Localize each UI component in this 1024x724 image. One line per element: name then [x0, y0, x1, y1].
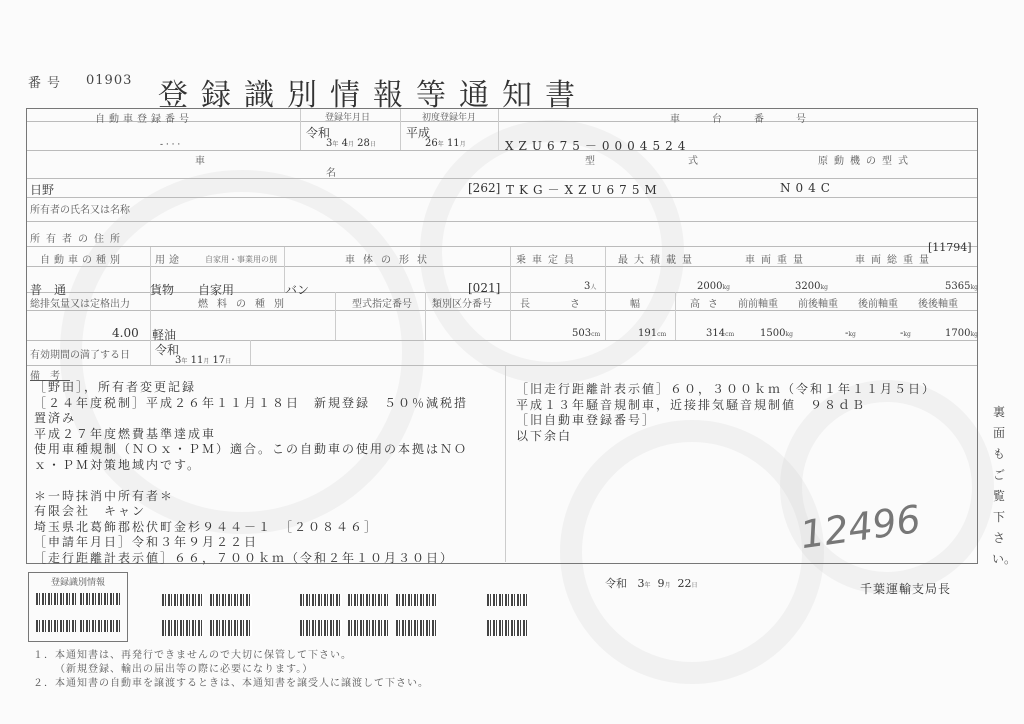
reg-date-label: 登録年月日 — [325, 110, 370, 123]
category-number-label: 類別区分番号 — [432, 295, 492, 310]
remarks-left: ［野田］，所有者変更記録 ［２４年度税制］平成２６年１１月１８日 新規登録 ５０… — [34, 380, 468, 566]
model-label-2: 式 — [688, 152, 702, 167]
engine-label: 原動機の型式 — [818, 152, 914, 167]
remark-line: ［申請年月日］令和３年９月２２日 — [34, 535, 468, 551]
qr-code-icon — [80, 593, 120, 605]
table-rule — [498, 109, 499, 150]
width-label: 幅 — [630, 295, 644, 310]
remark-line: 平成１３年騒音規制車，近接排気騒音規制値 ９８ｄＢ — [516, 398, 936, 414]
ff-axle-label: 前前軸重 — [738, 295, 778, 310]
fr-axle-label: 前後軸重 — [798, 295, 838, 310]
vehicle-weight-label: 車両重量 — [745, 251, 809, 266]
number-value: 01903 — [86, 73, 132, 88]
reg-date: 3年 4月 28日 — [326, 138, 376, 149]
table-rule — [425, 292, 426, 340]
table-rule — [505, 366, 506, 562]
type-designation-label: 型式指定番号 — [352, 295, 412, 310]
length-value: 503cm — [572, 328, 600, 339]
remark-line: 以下余白 — [516, 429, 936, 445]
qr-code-icon — [300, 594, 342, 606]
table-rule — [675, 292, 676, 340]
qr-code-icon — [396, 594, 438, 606]
issue-date: 令和 3年 9月 22日 — [605, 575, 698, 591]
qr-code-icon — [210, 594, 252, 606]
gross-weight-label: 車両総重量 — [855, 251, 935, 266]
private-label: 自家用・事業用の別 — [205, 254, 277, 265]
ff-axle-value: 1500kg — [760, 328, 793, 339]
table-rule — [27, 150, 977, 151]
remark-line: 平成２７年度燃費基準達成車 — [34, 427, 468, 443]
rr-axle-label: 後後軸重 — [918, 295, 958, 310]
table-rule — [27, 310, 977, 311]
qr-code-icon — [300, 620, 342, 636]
note-1: １．本通知書は、再発行できませんので大切に保管して下さい。 — [33, 646, 352, 661]
vehicle-type-label: 自動車の種別 — [40, 251, 124, 266]
remark-line: ｘ・ＰＭ対策地域内です。 — [34, 458, 468, 474]
see-reverse-note: 裏面もご覧下さい。 — [992, 402, 1006, 570]
vehicle-name-value: 日野 — [30, 181, 54, 198]
remark-line: ［走行距離計表示値］６６，７００ｋｍ（令和２年１０月３０日） — [34, 551, 468, 567]
qr-code-icon — [396, 620, 438, 636]
number-label: 番号 — [28, 72, 66, 91]
engine-value: N04C — [780, 181, 835, 195]
remark-line: ［旧走行距離計表示値］６０，３００ｋｍ（令和１年１１月５日） — [516, 382, 936, 398]
rf-axle-label: 後前軸重 — [858, 295, 898, 310]
max-load-value: 2000kg — [697, 281, 730, 292]
max-load-label: 最大積載量 — [618, 251, 698, 266]
qr-code-icon — [36, 620, 76, 632]
remark-line: 埼玉県北葛飾郡松伏町金杉９４４－１ ［２０８４６］ — [34, 520, 468, 536]
displacement-value: 4.00 — [112, 326, 139, 340]
table-rule — [605, 247, 606, 340]
table-rule — [27, 221, 977, 222]
table-rule — [250, 340, 251, 365]
remark-line: 置済み — [34, 411, 468, 427]
table-rule — [400, 109, 401, 150]
height-value: 314cm — [706, 328, 734, 339]
qr-code-icon — [487, 620, 529, 636]
owner-address-label: 所有者の住所 — [30, 230, 126, 245]
height-label: 高さ — [690, 295, 726, 310]
table-rule — [510, 247, 511, 340]
remark-line: ［旧自動車登録番号］ — [516, 413, 936, 429]
table-rule — [150, 247, 151, 365]
vehicle-name-label-1: 車 — [195, 152, 209, 167]
note-2: ２．本通知書の自動車を譲渡するときは、本通知書を譲受人に譲渡して下さい。 — [33, 674, 429, 689]
table-rule — [27, 266, 977, 267]
remarks-right: ［旧走行距離計表示値］６０，３００ｋｍ（令和１年１１月５日） 平成１３年騒音規制… — [516, 382, 936, 444]
expiry-date: 3年 11月 17日 — [175, 355, 231, 366]
qr-box-label: 登録識別情報 — [29, 575, 127, 588]
use-label: 用途 — [155, 251, 183, 266]
table-rule — [27, 365, 977, 366]
reg-number-value: - · · · — [160, 140, 180, 150]
first-reg-date: 26年 11月 — [425, 138, 466, 149]
length-label: 長さ — [520, 295, 620, 310]
model-code: [262] — [468, 181, 500, 195]
qr-code-icon — [348, 620, 390, 636]
table-rule — [335, 292, 336, 340]
table-rule — [27, 178, 977, 179]
qr-code-icon — [487, 594, 529, 606]
model-label-1: 型 — [585, 152, 599, 167]
body-code: [021] — [468, 281, 500, 295]
qr-code-icon — [162, 620, 204, 636]
vehicle-weight-value: 3200kg — [795, 281, 828, 292]
remark-line: 有限会社 キャン — [34, 504, 468, 520]
gross-weight-value: 5365kg — [945, 281, 978, 292]
remark-line: ［野田］，所有者変更記録 — [34, 380, 468, 396]
chassis-label: 車台番号 — [670, 110, 838, 125]
qr-code-icon — [36, 593, 76, 605]
width-value: 191cm — [638, 328, 666, 339]
use-value: 貨物 — [150, 281, 174, 298]
rf-axle-value: -kg — [900, 328, 911, 339]
fuel-type-label: 燃料の種別 — [198, 295, 293, 310]
model-value: TKG－XZU675M — [506, 181, 662, 198]
remark-line: 使用車種規制（ＮＯｘ・ＰＭ）適合。この自動車の使用の本拠はＮＯ — [34, 442, 468, 458]
table-rule — [300, 109, 301, 150]
owner-name-label: 所有者の氏名又は名称 — [30, 201, 130, 216]
remark-line: ［２４年度税制］平成２６年１１月１８日 新規登録 ５０％減税措 — [34, 396, 468, 412]
displacement-label: 総排気量又は定格出力 — [30, 295, 130, 310]
fr-axle-value: -kg — [845, 328, 856, 339]
table-rule — [27, 197, 977, 198]
qr-code-icon — [80, 620, 120, 632]
remark-line: ＊一時抹消中所有者＊ — [34, 489, 468, 505]
first-reg-label: 初度登録年月 — [422, 110, 476, 123]
qr-code-icon — [348, 594, 390, 606]
table-rule — [27, 246, 977, 247]
rr-axle-value: 1700kg — [945, 328, 978, 339]
capacity-value: 3人 — [584, 281, 596, 292]
note-1-sub: （新規登録、輸出の届出等の際に必要になります。） — [55, 660, 313, 675]
expiry-label: 有効期間の満了する日 — [30, 346, 130, 361]
vehicle-name-label-2: 名 — [326, 164, 340, 179]
qr-code-icon — [210, 620, 252, 636]
capacity-label: 乗車定員 — [516, 251, 580, 266]
body-shape-label: 車体の形状 — [345, 251, 435, 266]
remark-line — [34, 473, 468, 489]
qr-code-icon — [162, 594, 204, 606]
issuer: 千葉運輸支局長 — [860, 580, 951, 597]
reg-number-label: 自動車登録番号 — [95, 110, 193, 125]
